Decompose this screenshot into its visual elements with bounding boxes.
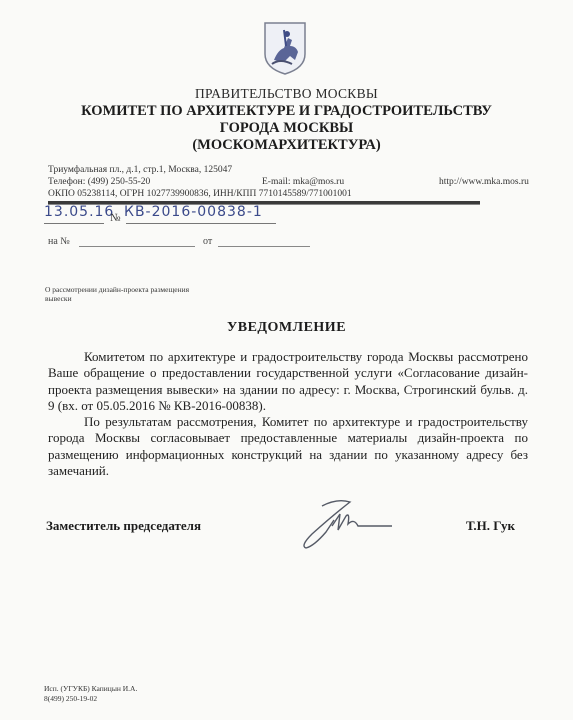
executor-phone: 8(499) 250-19-02 — [44, 694, 137, 704]
registry-codes: ОКПО 05238114, ОГРН 1027739900836, ИНН/К… — [48, 189, 352, 199]
handwritten-signature — [292, 496, 412, 551]
paragraph-2-text: По результатам рассмотрения, Комитет по … — [48, 414, 528, 479]
committee-short-name: (МОСКОМАРХИТЕКТУРА) — [0, 137, 573, 154]
outgoing-number-value: КВ-2016-00838-1 — [124, 204, 263, 220]
incoming-from-label: от — [203, 236, 212, 247]
executor-info: Исп. (УГУКБ) Капицын И.А. 8(499) 250-19-… — [44, 684, 137, 704]
date-underline — [44, 223, 104, 224]
committee-name: КОМИТЕТ ПО АРХИТЕКТУРЕ И ГРАДОСТРОИТЕЛЬС… — [0, 103, 573, 120]
incoming-ref-blank — [79, 246, 195, 247]
contact-line: Телефон: (499) 250-55-20 E-mail: mka@mos… — [48, 177, 528, 189]
number-underline — [126, 223, 276, 224]
executor-name: Исп. (УГУКБ) Капицын И.А. — [44, 684, 137, 694]
address: Триумфальная пл., д.1, стр.1, Москва, 12… — [48, 165, 232, 175]
document-title: УВЕДОМЛЕНИЕ — [0, 320, 573, 336]
website: http://www.mka.mos.ru — [439, 177, 529, 187]
government-name: ПРАВИТЕЛЬСТВО МОСКВЫ — [0, 86, 573, 102]
paragraph-1-text: Комитетом по архитектуре и градостроител… — [48, 349, 528, 414]
email: E-mail: mka@mos.ru — [262, 177, 344, 187]
paragraph-2: По результатам рассмотрения, Комитет по … — [48, 414, 528, 479]
subject-line: О рассмотрении дизайн-проекта размещения… — [45, 285, 195, 303]
paragraph-1: Комитетом по архитектуре и градостроител… — [48, 349, 528, 414]
outgoing-date-value: 13.05.16 — [44, 204, 114, 220]
phone: Телефон: (499) 250-55-20 — [48, 177, 150, 187]
number-label: № — [110, 212, 121, 224]
outgoing-date: 13.05.16 КВ-2016-00838-1 — [44, 204, 114, 220]
incoming-ref-label: на № — [48, 236, 70, 247]
signatory-position: Заместитель председателя — [46, 518, 201, 534]
committee-city: ГОРОДА МОСКВЫ — [0, 120, 573, 137]
document-page: ПРАВИТЕЛЬСТВО МОСКВЫ КОМИТЕТ ПО АРХИТЕКТ… — [0, 0, 573, 720]
signatory-name: Т.Н. Гук — [466, 518, 515, 534]
moscow-coat-of-arms-icon — [262, 20, 308, 76]
incoming-from-blank — [218, 246, 310, 247]
